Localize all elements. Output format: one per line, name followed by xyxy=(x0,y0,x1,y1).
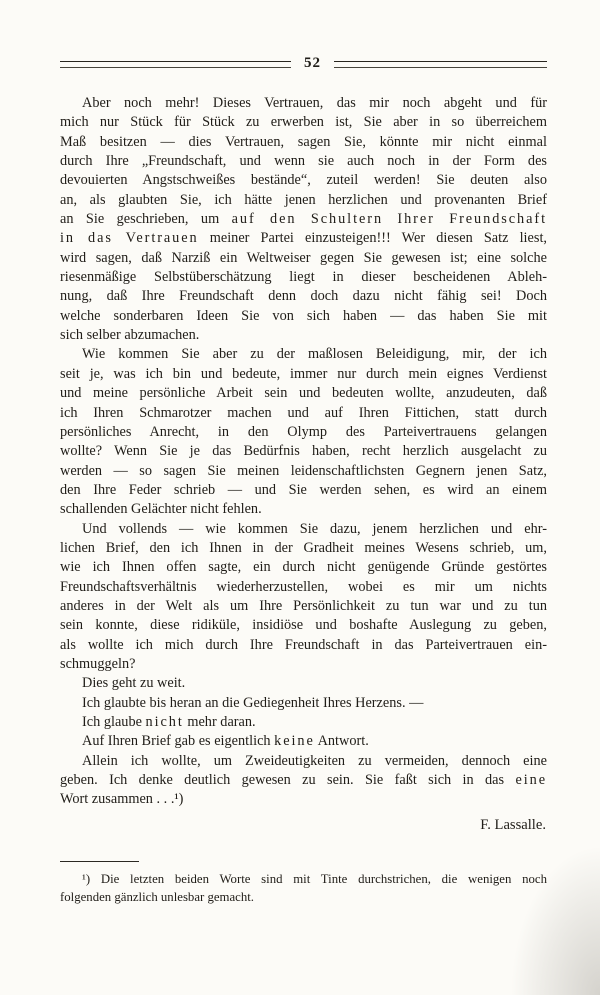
text-run: Und vollends — wie kommen Sie dazu, jene… xyxy=(82,521,547,537)
text-run: geben. Ich denke deutlich gewesen zu sei… xyxy=(60,772,515,788)
paragraph: Dies geht zu weit. xyxy=(60,674,547,693)
text-run: wird sagen, daß Narziß ein Weltweiser ge… xyxy=(60,250,547,266)
text-run: Wie kommen Sie aber zu der maßlosen Bele… xyxy=(82,346,547,362)
text-run: folgenden gänzlich unlesbar gemacht. xyxy=(60,890,254,904)
text-line: und meine persönliche Arbeit sein und be… xyxy=(60,384,547,403)
text-line: Und vollends — wie kommen Sie dazu, jene… xyxy=(60,520,547,539)
text-line: ich Ihren Schmarotzer machen und auf Ihr… xyxy=(60,404,547,423)
spaced-emphasis: nicht xyxy=(146,714,184,730)
text-run: anderes in der Welt als um Ihre Persönli… xyxy=(60,598,547,614)
text-run: devouierten Angstschweißes bestände“, zu… xyxy=(60,172,547,188)
text-run: welche sonderbaren Ideen Sie von sich ha… xyxy=(60,308,547,324)
letter-body-text: Aber noch mehr! Dieses Vertrauen, das mi… xyxy=(60,94,547,810)
text-run: Maß besitzen — dies Vertrauen, sagen Sie… xyxy=(60,134,547,150)
book-page: 52 Aber noch mehr! Dieses Vertrauen, das… xyxy=(0,0,600,995)
text-line: Ich glaubte bis heran an die Gediegenhei… xyxy=(60,694,547,713)
text-run: mich nur Stück für Stück zu erwerben ist… xyxy=(60,114,547,130)
page-number: 52 xyxy=(304,59,321,68)
header-rule-left xyxy=(60,61,291,68)
text-run: Ich glaube xyxy=(82,714,146,730)
text-run: wie ich Ihnen offen sagte, ein durch nic… xyxy=(60,559,547,575)
text-run: riesenmäßige Selbstüberschätzung liegt i… xyxy=(60,269,547,285)
paragraph: ¹) Die letzten beiden Worte sind mit Tin… xyxy=(60,870,547,907)
text-line: Auf Ihren Brief gab es eigentlich keine … xyxy=(60,732,547,751)
paragraph: Allein ich wollte, um Zweideutigkeiten z… xyxy=(60,752,547,810)
text-line: wollte? Wenn Sie je das Bedürfnis haben,… xyxy=(60,442,547,461)
text-run: Dies geht zu weit. xyxy=(82,675,185,691)
text-line: schmuggeln? xyxy=(60,655,547,674)
paragraph: Wie kommen Sie aber zu der maßlosen Bele… xyxy=(60,345,547,519)
text-line: seit je, was ich bin und bedeute, immer … xyxy=(60,365,547,384)
text-line: nung, daß Ihre Freundschaft denn doch da… xyxy=(60,287,547,306)
text-line: sein konnte, diese ridiküle, insidiöse u… xyxy=(60,616,547,635)
text-run: wollte? Wenn Sie je das Bedürfnis haben,… xyxy=(60,443,547,459)
text-line: werden — so sagen Sie meinen leidenschaf… xyxy=(60,462,547,481)
text-run: Auf Ihren Brief gab es eigentlich xyxy=(82,733,274,749)
text-run: mehr daran. xyxy=(184,714,256,730)
text-run: als wollte ich mich durch Ihre Freundsch… xyxy=(60,637,547,653)
text-run: sein konnte, diese ridiküle, insidiöse u… xyxy=(60,617,547,633)
text-run: schallenden Gelächter nicht fehlen. xyxy=(60,501,262,517)
text-line: wird sagen, daß Narziß ein Weltweiser ge… xyxy=(60,249,547,268)
text-line: Maß besitzen — dies Vertrauen, sagen Sie… xyxy=(60,133,547,152)
text-line: an Sie geschrieben, um auf den Schultern… xyxy=(60,210,547,229)
text-run: Antwort. xyxy=(315,733,369,749)
spaced-emphasis: eine xyxy=(515,772,547,788)
text-run: nung, daß Ihre Freundschaft denn doch da… xyxy=(60,288,547,304)
text-line: lichen Brief, den ich Ihnen in der Gradh… xyxy=(60,539,547,558)
text-run: persönliches Anrecht, in den Olymp des P… xyxy=(60,424,547,440)
text-run: lichen Brief, den ich Ihnen in der Gradh… xyxy=(60,540,547,556)
text-line: den Ihre Feder schrieb — und Sie werden … xyxy=(60,481,547,500)
text-line: Ich glaube nicht mehr daran. xyxy=(60,713,547,732)
text-run: ich Ihren Schmarotzer machen und auf Ihr… xyxy=(60,405,547,421)
paragraph: Ich glaubte bis heran an die Gediegenhei… xyxy=(60,694,547,713)
text-line: riesenmäßige Selbstüberschätzung liegt i… xyxy=(60,268,547,287)
spaced-emphasis: auf den Schultern Ihrer Freundschaft xyxy=(232,211,547,227)
running-head: 52 xyxy=(60,60,547,69)
footnote-separator-rule xyxy=(60,861,139,862)
footnote-text: ¹) Die letzten beiden Worte sind mit Tin… xyxy=(60,870,547,907)
text-line: anderes in der Welt als um Ihre Persönli… xyxy=(60,597,547,616)
paragraph: Ich glaube nicht mehr daran. xyxy=(60,713,547,732)
text-line: folgenden gänzlich unlesbar gemacht. xyxy=(60,888,547,907)
text-line: sich selber abzumachen. xyxy=(60,326,547,345)
spaced-emphasis: in das Vertrauen xyxy=(60,230,199,246)
text-line: wie ich Ihnen offen sagte, ein durch nic… xyxy=(60,558,547,577)
spaced-emphasis: keine xyxy=(274,733,315,749)
text-line: Aber noch mehr! Dieses Vertrauen, das mi… xyxy=(60,94,547,113)
text-run: seit je, was ich bin und bedeute, immer … xyxy=(60,366,547,382)
text-line: devouierten Angstschweißes bestände“, zu… xyxy=(60,171,547,190)
text-run: durch Ihre „Freundschaft, und wenn sie a… xyxy=(60,153,547,169)
text-run: meiner Partei einzusteigen!!! Wer diesen… xyxy=(199,230,547,246)
text-line: Freundschaftsverhältnis wiederherzustell… xyxy=(60,578,547,597)
text-line: in das Vertrauen meiner Partei einzustei… xyxy=(60,229,547,248)
text-line: mich nur Stück für Stück zu erwerben ist… xyxy=(60,113,547,132)
text-line: Wort zusammen . . .¹) xyxy=(60,790,547,809)
text-line: persönliches Anrecht, in den Olymp des P… xyxy=(60,423,547,442)
header-rule-right xyxy=(334,61,547,68)
text-line: geben. Ich denke deutlich gewesen zu sei… xyxy=(60,771,547,790)
text-run: an Sie geschrieben, um xyxy=(60,211,232,227)
text-run: Freundschaftsverhältnis wiederherzustell… xyxy=(60,579,547,595)
text-run: Allein ich wollte, um Zweideutigkeiten z… xyxy=(82,753,547,769)
text-run: schmuggeln? xyxy=(60,656,135,672)
text-run: den Ihre Feder schrieb — und Sie werden … xyxy=(60,482,547,498)
text-run: Wort zusammen . . .¹) xyxy=(60,791,183,807)
text-line: Dies geht zu weit. xyxy=(60,674,547,693)
paragraph: Und vollends — wie kommen Sie dazu, jene… xyxy=(60,520,547,675)
text-run: Aber noch mehr! Dieses Vertrauen, das mi… xyxy=(82,95,547,111)
paragraph: Auf Ihren Brief gab es eigentlich keine … xyxy=(60,732,547,751)
text-line: Wie kommen Sie aber zu der maßlosen Bele… xyxy=(60,345,547,364)
text-line: ¹) Die letzten beiden Worte sind mit Tin… xyxy=(60,870,547,889)
paragraph: Aber noch mehr! Dieses Vertrauen, das mi… xyxy=(60,94,547,345)
text-line: durch Ihre „Freundschaft, und wenn sie a… xyxy=(60,152,547,171)
page-content: 52 Aber noch mehr! Dieses Vertrauen, das… xyxy=(60,60,547,907)
text-run: ¹) Die letzten beiden Worte sind mit Tin… xyxy=(82,872,547,886)
text-run: und meine persönliche Arbeit sein und be… xyxy=(60,385,547,401)
text-line: schallenden Gelächter nicht fehlen. xyxy=(60,500,547,519)
text-line: welche sonderbaren Ideen Sie von sich ha… xyxy=(60,307,547,326)
text-line: als wollte ich mich durch Ihre Freundsch… xyxy=(60,636,547,655)
signature: F. Lassalle. xyxy=(60,817,547,834)
text-run: an, als glaubten Sie, ich hätte jenen he… xyxy=(60,192,547,208)
text-line: an, als glaubten Sie, ich hätte jenen he… xyxy=(60,191,547,210)
text-line: Allein ich wollte, um Zweideutigkeiten z… xyxy=(60,752,547,771)
text-run: werden — so sagen Sie meinen leidenschaf… xyxy=(60,463,547,479)
text-run: Ich glaubte bis heran an die Gediegenhei… xyxy=(82,695,423,711)
text-run: sich selber abzumachen. xyxy=(60,327,199,343)
